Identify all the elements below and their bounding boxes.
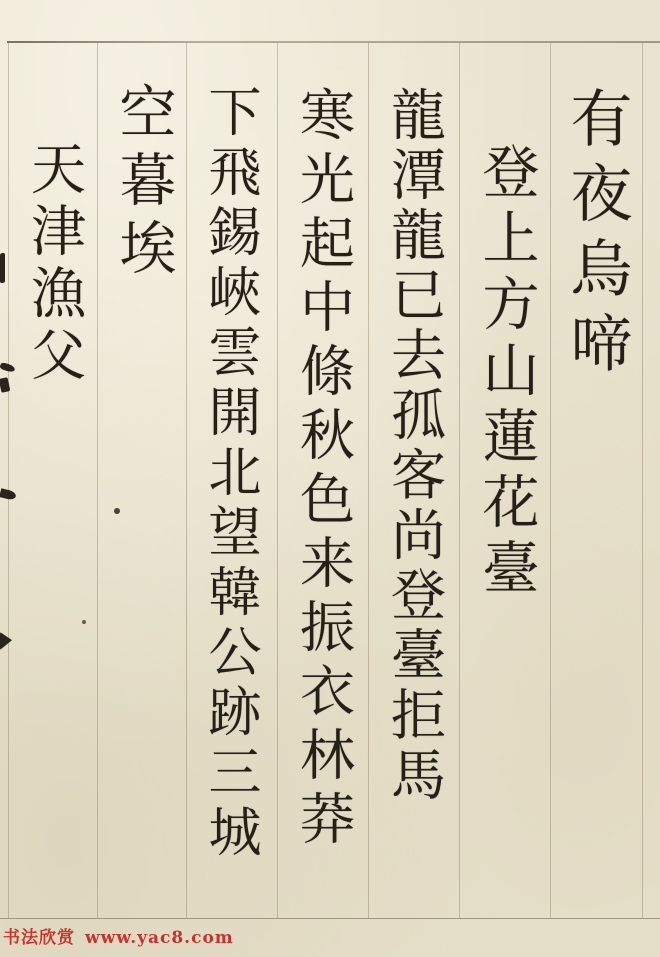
ink-fragment [0, 253, 5, 284]
column-rule-8 [642, 43, 643, 918]
ink-dot [82, 620, 86, 624]
poem-column-1: 有夜烏啼 [565, 86, 627, 386]
site-watermark: 书法欣赏www.yac8.com [3, 923, 234, 948]
ink-dot [114, 508, 120, 514]
poem-title-column: 登上方山蓮花臺 [477, 142, 534, 604]
poem-column-4: 寒光起中條秋色来振衣林莽 [295, 86, 350, 854]
column-rule-6 [459, 43, 460, 918]
poem-column-6: 空暮埃 [114, 82, 171, 286]
column-rule-7 [550, 43, 551, 918]
column-rule-5 [368, 43, 369, 918]
watermark-site-name: 书法欣赏 [3, 928, 75, 948]
poem-column-3: 龍潭龍已去孤客尚登臺拒馬 [386, 86, 441, 806]
manuscript-page: 有夜烏啼 登上方山蓮花臺 龍潭龍已去孤客尚登臺拒馬 寒光起中條秋色来振衣林莽 下… [0, 0, 660, 957]
watermark-url: www.yac8.com [85, 928, 234, 948]
column-rule-1 [8, 43, 9, 918]
column-rule-3 [186, 43, 187, 918]
ink-fragment [0, 362, 16, 373]
signature-column: 天津漁父 [26, 140, 81, 388]
top-rule-line [7, 41, 660, 43]
column-rule-2 [97, 43, 98, 918]
column-rule-4 [277, 43, 278, 918]
ink-fragment [0, 488, 17, 501]
poem-column-5: 下飛錫峽雲開北望韓公跡三城 [204, 84, 257, 864]
ink-fragment [0, 632, 12, 650]
bottom-rule-line [0, 918, 660, 919]
